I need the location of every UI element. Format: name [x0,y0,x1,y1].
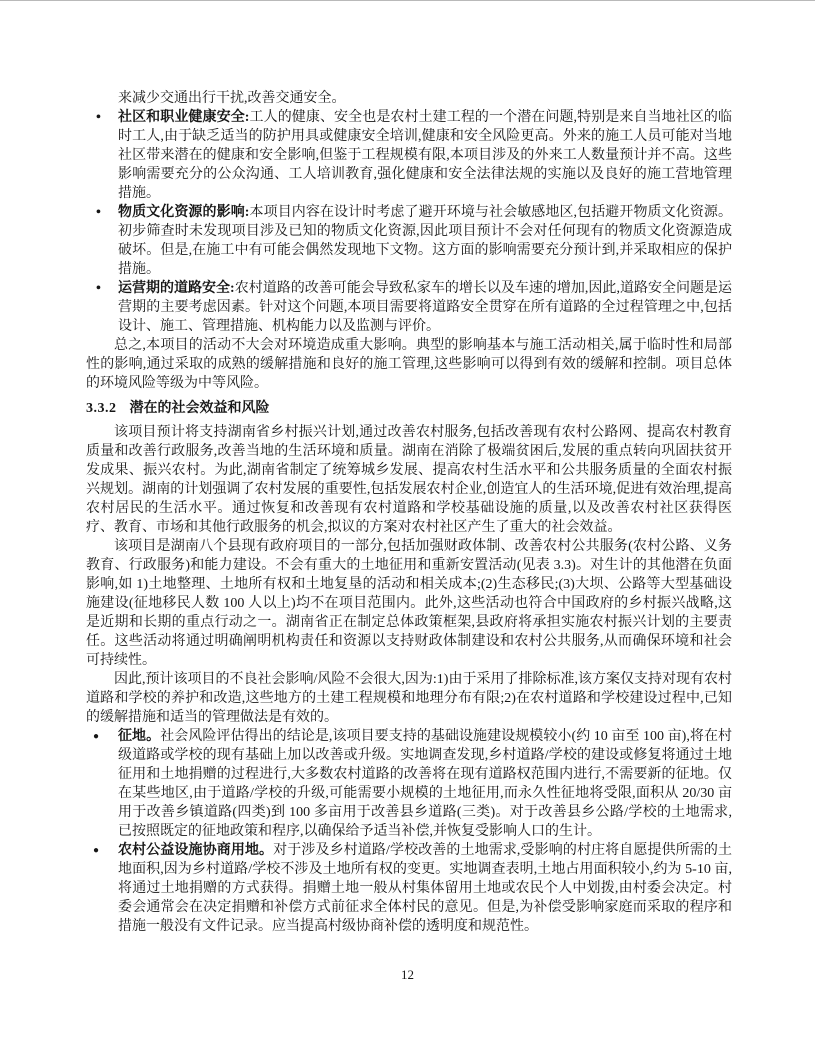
section-heading: 3.3.2潜在的社会效益和风险 [86,399,732,418]
section-number: 3.3.2 [86,401,117,416]
list-item: 社区和职业健康安全:工人的健康、安全也是农村土建工程的一个潜在问题,特别是来自当… [86,108,732,203]
paragraph-continuation: 来减少交通出行干扰,改善交通安全。 [86,89,732,108]
document-page: 来减少交通出行干扰,改善交通安全。 社区和职业健康安全:工人的健康、安全也是农村… [0,0,815,1055]
document-content: 来减少交通出行干扰,改善交通安全。 社区和职业健康安全:工人的健康、安全也是农村… [86,89,732,936]
social-risk-bullet-list: 征地。社会风险评估得出的结论是,该项目要支持的基础设施建设规模较小(约 10 亩… [86,727,732,936]
bullet-label: 运营期的道路安全: [118,281,235,296]
paragraph-social-benefits: 该项目预计将支持湖南省乡村振兴计划,通过改善农村服务,包括改善现有农村公路网、提… [86,423,732,537]
paragraph-env-summary: 总之,本项目的活动不大会对环境造成重大影响。典型的影响基本与施工活动相关,属于临… [86,336,732,393]
list-item: 物质文化资源的影响:本项目内容在设计时考虑了避开环境与社会敏感地区,包括避开物质… [86,203,732,279]
bullet-label: 农村公益设施协商用地。 [118,843,273,858]
paragraph-project-scope: 该项目是湖南八个县现有政府项目的一部分,包括加强财政体制、改善农村公共服务(农村… [86,537,732,670]
bullet-label: 社区和职业健康安全: [118,110,249,125]
environment-impact-bullet-list: 社区和职业健康安全:工人的健康、安全也是农村土建工程的一个潜在问题,特别是来自当… [86,108,732,336]
bullet-text: 社会风险评估得出的结论是,该项目要支持的基础设施建设规模较小(约 10 亩至 1… [118,729,732,839]
list-item: 征地。社会风险评估得出的结论是,该项目要支持的基础设施建设规模较小(约 10 亩… [86,727,732,841]
section-title: 潜在的社会效益和风险 [130,401,270,416]
list-item: 农村公益设施协商用地。对于涉及乡村道路/学校改善的土地需求,受影响的村庄将自愿提… [86,841,732,936]
bullet-label: 物质文化资源的影响: [118,205,249,220]
page-number: 12 [0,967,815,983]
paragraph-risk-conclusion: 因此,预计该项目的不良社会影响/风险不会很大,因为:1)由于采用了排除标准,该方… [86,670,732,727]
bullet-label: 征地。 [118,729,160,744]
list-item: 运营期的道路安全:农村道路的改善可能会导致私家车的增长以及车速的增加,因此,道路… [86,279,732,336]
